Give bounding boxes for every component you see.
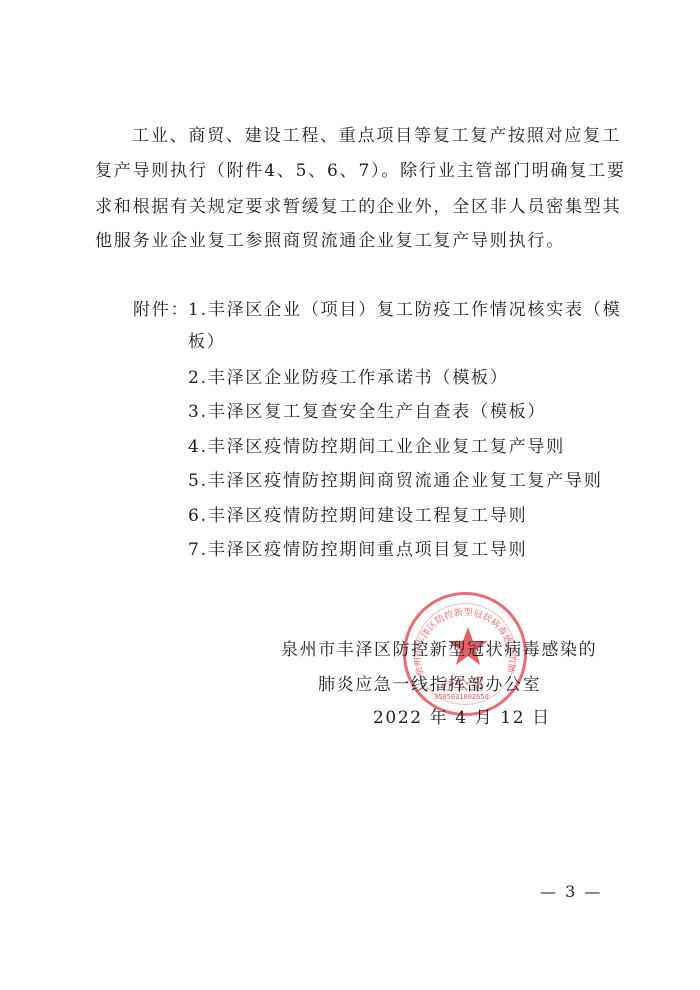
attachment-item-1-cont: 板） <box>188 331 226 353</box>
signature-date: 2022 年 4 月 12 日 <box>373 707 551 729</box>
attachment-item-6: 6.丰泽区疫情防控期间建设工程复工导则 <box>188 505 527 527</box>
paragraph-line-3: 求和根据有关规定要求暂缓复工的企业外，全区非人员密集型其 <box>95 196 621 218</box>
attachment-item-1: 1.丰泽区企业（项目）复工防疫工作情况核实表（模 <box>188 299 621 321</box>
attachment-item-5: 5.丰泽区疫情防控期间商贸流通企业复工复产导则 <box>188 470 603 492</box>
attachment-item-7: 7.丰泽区疫情防控期间重点项目复工导则 <box>188 539 527 561</box>
paragraph-line-1: 工业、商贸、建设工程、重点项目等复工复产按照对应复工 <box>132 125 621 147</box>
attachment-item-3: 3.丰泽区复工复查安全生产自查表（模板） <box>188 401 546 423</box>
attachment-item-4: 4.丰泽区疫情防控期间工业企业复工复产导则 <box>188 436 565 458</box>
page-number: — 3 — <box>540 882 602 901</box>
paragraph-line-2: 复产导则执行（附件4、5、6、7）。除行业主管部门明确复工要 <box>95 160 626 182</box>
signature-org-line-2: 肺炎应急一线指挥部办公室 <box>318 674 541 696</box>
document-page: 工业、商贸、建设工程、重点项目等复工复产按照对应复工 复产导则执行（附件4、5、… <box>0 0 700 990</box>
signature-org-line-1: 泉州市丰泽区防控新型冠状病毒感染的 <box>281 639 597 661</box>
paragraph-line-4: 他服务业企业复工参照商贸流通企业复工复产导则执行。 <box>95 230 565 252</box>
attachment-item-2: 2.丰泽区企业防疫工作承诺书（模板） <box>188 367 509 389</box>
attachments-label: 附件： <box>133 299 189 321</box>
